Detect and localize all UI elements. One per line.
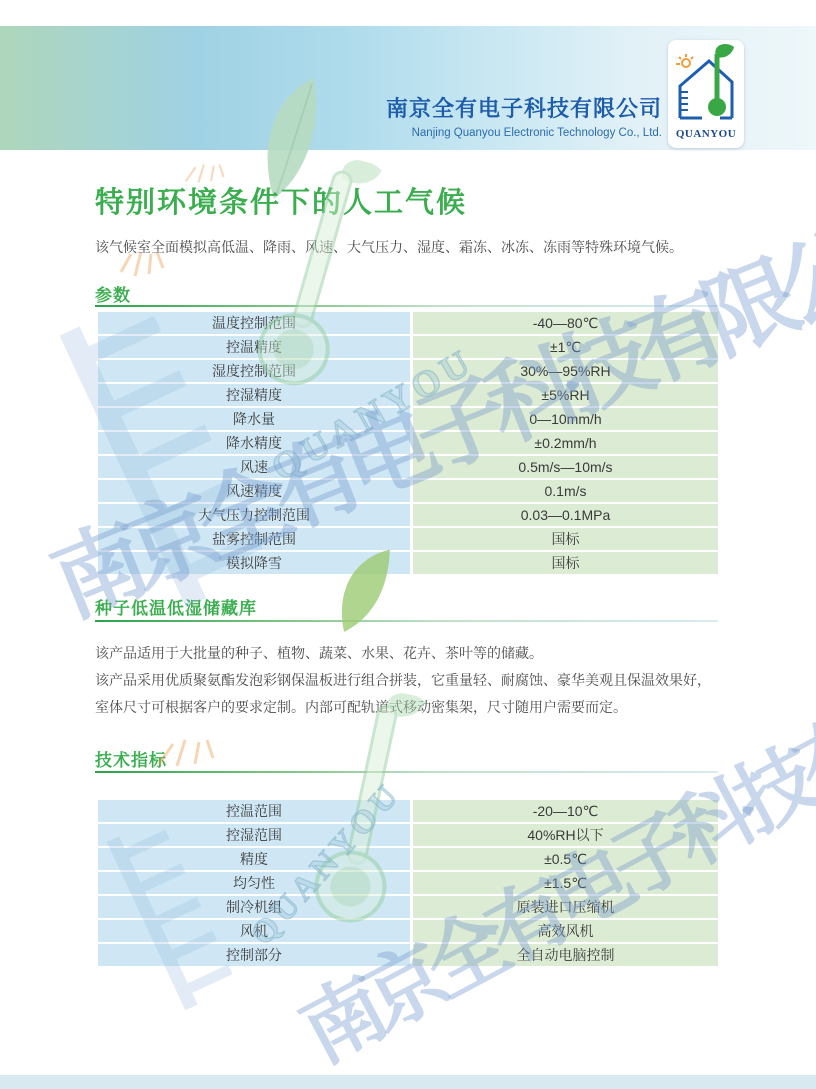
spec-label: 温度控制范围: [98, 312, 410, 334]
table-row: 控湿精度 ±5%RH: [98, 384, 718, 406]
table-row: 降水量 0—10mm/h: [98, 408, 718, 430]
parameters-table: 温度控制范围 -40—80℃ 控温精度 ±1℃ 湿度控制范围 30%—95%RH…: [98, 312, 718, 576]
spec-value: ±0.2mm/h: [413, 432, 718, 454]
footer-strip: [0, 1075, 816, 1089]
spec-value: 0.5m/s—10m/s: [413, 456, 718, 478]
spec-value: 全自动电脑控制: [413, 944, 718, 966]
table-row: 控湿范围 40%RH以下: [98, 824, 718, 846]
table-row: 风速精度 0.1m/s: [98, 480, 718, 502]
spec-label: 降水量: [98, 408, 410, 430]
section-heading-parameters: 参数: [95, 281, 131, 306]
table-row: 制冷机组 原装进口压缩机: [98, 896, 718, 918]
spec-label: 湿度控制范围: [98, 360, 410, 382]
table-row: 盐雾控制范围 国标: [98, 528, 718, 550]
paragraph: 该产品采用优质聚氨酯发泡彩钢保温板进行组合拼装，它重量轻、耐腐蚀、豪华美观且保温…: [95, 667, 721, 721]
table-row: 降水精度 ±0.2mm/h: [98, 432, 718, 454]
spec-value: ±1℃: [413, 336, 718, 358]
spec-value: ±5%RH: [413, 384, 718, 406]
table-row: 精度 ±0.5℃: [98, 848, 718, 870]
spec-value: -20—10℃: [413, 800, 718, 822]
section-heading-storage: 种子低温低湿储藏库: [95, 594, 257, 619]
spec-value: 0.03—0.1MPa: [413, 504, 718, 526]
spec-value: 国标: [413, 528, 718, 550]
spec-label: 控温精度: [98, 336, 410, 358]
spec-label: 精度: [98, 848, 410, 870]
spec-label: 大气压力控制范围: [98, 504, 410, 526]
spec-label: 风速: [98, 456, 410, 478]
tech-table: 控温范围 -20—10℃ 控湿范围 40%RH以下 精度 ±0.5℃ 均匀性 ±…: [98, 800, 718, 968]
table-row: 湿度控制范围 30%—95%RH: [98, 360, 718, 382]
spec-label: 控温范围: [98, 800, 410, 822]
section-divider: [95, 305, 718, 307]
spec-label: 控湿精度: [98, 384, 410, 406]
spec-label: 均匀性: [98, 872, 410, 894]
section-divider: [95, 620, 718, 622]
page-title: 特别环境条件下的人工气候: [95, 180, 467, 221]
spec-label: 制冷机组: [98, 896, 410, 918]
company-name-cn: 南京全有电子科技有限公司: [386, 92, 662, 123]
spec-label: 风机: [98, 920, 410, 942]
section-heading-tech: 技术指标: [95, 746, 167, 771]
spec-label: 盐雾控制范围: [98, 528, 410, 550]
logo-house-icon: [671, 44, 741, 126]
spec-label: 降水精度: [98, 432, 410, 454]
storage-paragraphs: 该产品适用于大批量的种子、植物、蔬菜、水果、花卉、茶叶等的储藏。 该产品采用优质…: [95, 640, 721, 721]
company-name-en: Nanjing Quanyou Electronic Technology Co…: [386, 127, 662, 139]
spec-value: 高效风机: [413, 920, 718, 942]
spec-value: 40%RH以下: [413, 824, 718, 846]
company-name-block: 南京全有电子科技有限公司 Nanjing Quanyou Electronic …: [386, 92, 662, 139]
spec-label: 风速精度: [98, 480, 410, 502]
table-row: 大气压力控制范围 0.03—0.1MPa: [98, 504, 718, 526]
spec-label: 控制部分: [98, 944, 410, 966]
spec-value: 0.1m/s: [413, 480, 718, 502]
spec-value: ±0.5℃: [413, 848, 718, 870]
table-row: 温度控制范围 -40—80℃: [98, 312, 718, 334]
logo-brand-text: QUANYOU: [676, 128, 736, 140]
brochure-page: 南京全有电子科技有限公司 Nanjing Quanyou Electronic …: [0, 0, 816, 1089]
spec-value: ±1.5℃: [413, 872, 718, 894]
table-row: 风速 0.5m/s—10m/s: [98, 456, 718, 478]
spec-label: 控湿范围: [98, 824, 410, 846]
spec-label: 模拟降雪: [98, 552, 410, 574]
table-row: 均匀性 ±1.5℃: [98, 872, 718, 894]
page-description: 该气候室全面模拟高低温、降雨、风速、大气压力、湿度、霜冻、冰冻、冻雨等特殊环境气…: [95, 237, 735, 257]
table-row: 模拟降雪 国标: [98, 552, 718, 574]
section-divider: [95, 771, 718, 773]
spec-value: -40—80℃: [413, 312, 718, 334]
company-logo: QUANYOU: [668, 40, 744, 148]
table-row: 控温精度 ±1℃: [98, 336, 718, 358]
paragraph: 该产品适用于大批量的种子、植物、蔬菜、水果、花卉、茶叶等的储藏。: [95, 640, 721, 667]
table-row: 风机 高效风机: [98, 920, 718, 942]
table-row: 控制部分 全自动电脑控制: [98, 944, 718, 966]
spec-value: 30%—95%RH: [413, 360, 718, 382]
table-row: 控温范围 -20—10℃: [98, 800, 718, 822]
spec-value: 国标: [413, 552, 718, 574]
spec-value: 原装进口压缩机: [413, 896, 718, 918]
sun-icon: [676, 54, 693, 67]
spec-value: 0—10mm/h: [413, 408, 718, 430]
